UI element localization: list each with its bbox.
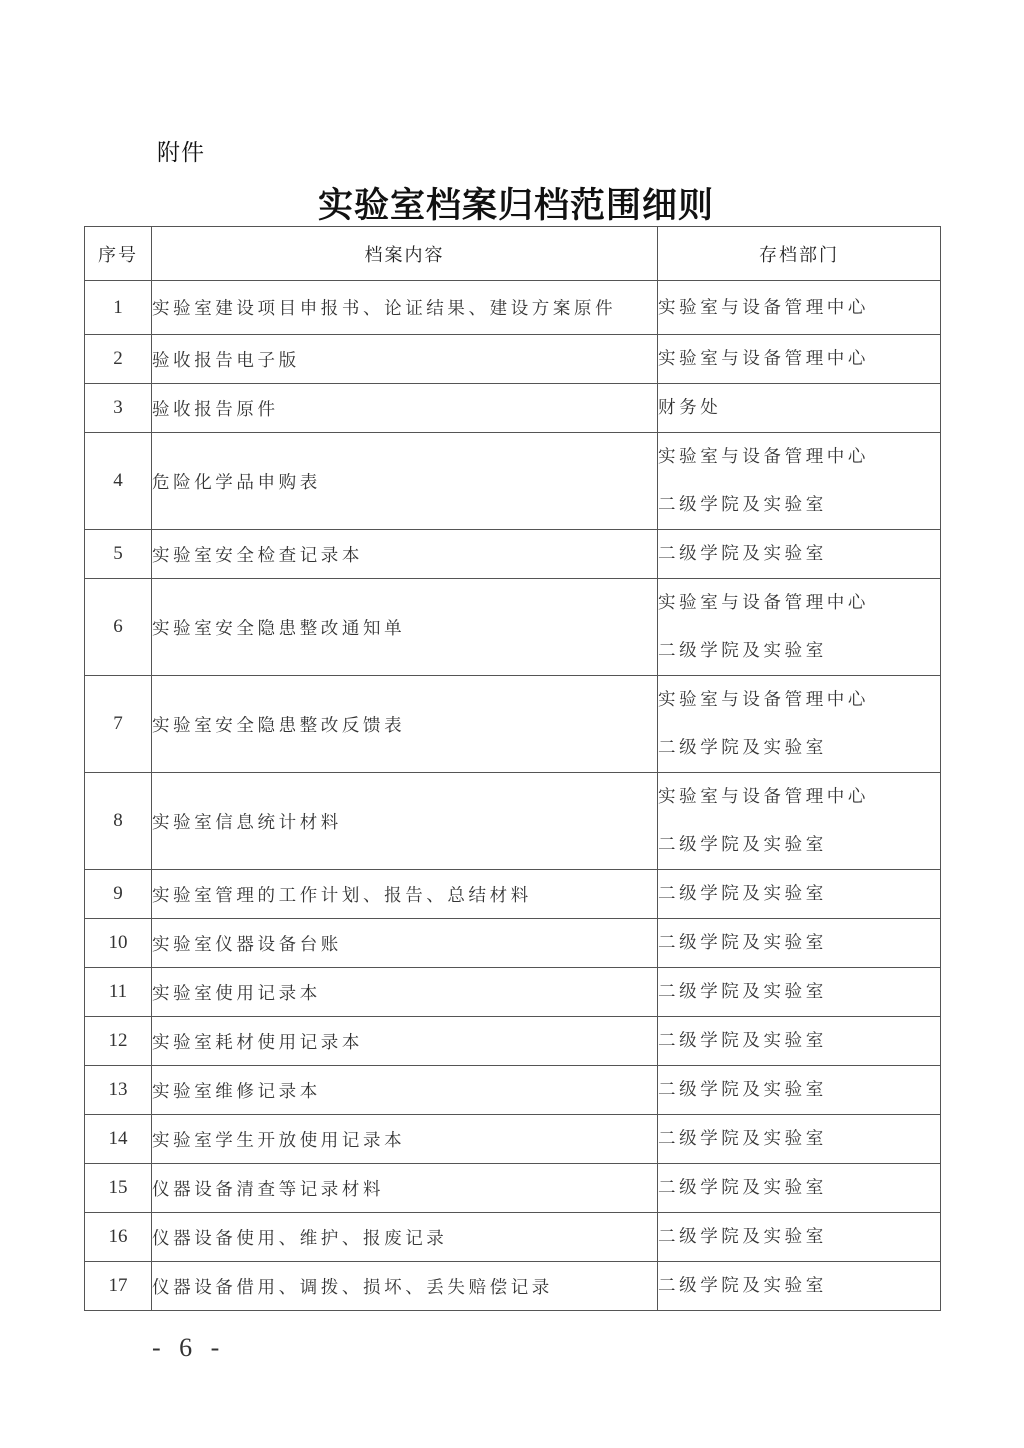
table-row: 2 验收报告电子版 实验室与设备管理中心 [85,335,941,384]
row-dept: 实验室与设备管理中心 二级学院及实验室 [658,773,941,870]
row-content: 实验室仪器设备台账 [152,919,658,968]
dept-line: 二级学院及实验室 [658,724,940,772]
dept-line: 二级学院及实验室 [658,1164,940,1212]
row-content: 仪器设备清查等记录材料 [152,1164,658,1213]
page-number: - 6 - [152,1333,225,1363]
row-seq: 7 [85,676,152,773]
row-content: 实验室维修记录本 [152,1066,658,1115]
row-dept: 二级学院及实验室 [658,1213,941,1262]
row-seq: 5 [85,530,152,579]
row-content: 实验室建设项目申报书、论证结果、建设方案原件 [152,281,658,335]
row-content: 实验室管理的工作计划、报告、总结材料 [152,870,658,919]
dept-line: 二级学院及实验室 [658,1213,940,1261]
dept-line: 二级学院及实验室 [658,1066,940,1114]
table-row: 7 实验室安全隐患整改反馈表 实验室与设备管理中心 二级学院及实验室 [85,676,941,773]
row-dept: 实验室与设备管理中心 二级学院及实验室 [658,676,941,773]
row-dept: 二级学院及实验室 [658,1066,941,1115]
row-content: 实验室耗材使用记录本 [152,1017,658,1066]
table-row: 11 实验室使用记录本 二级学院及实验室 [85,968,941,1017]
row-seq: 15 [85,1164,152,1213]
table-row: 14 实验室学生开放使用记录本 二级学院及实验室 [85,1115,941,1164]
row-dept: 实验室与设备管理中心 二级学院及实验室 [658,579,941,676]
row-seq: 2 [85,335,152,384]
table-row: 3 验收报告原件 财务处 [85,384,941,433]
row-dept: 二级学院及实验室 [658,530,941,579]
dept-line: 二级学院及实验室 [658,821,940,869]
row-dept: 二级学院及实验室 [658,1262,941,1311]
row-seq: 8 [85,773,152,870]
table-header-row: 序号 档案内容 存档部门 [85,227,941,281]
row-seq: 17 [85,1262,152,1311]
dept-line: 财务处 [658,384,940,432]
row-dept: 财务处 [658,384,941,433]
row-content: 实验室安全隐患整改反馈表 [152,676,658,773]
row-seq: 16 [85,1213,152,1262]
table-row: 17 仪器设备借用、调拨、损坏、丢失赔偿记录 二级学院及实验室 [85,1262,941,1311]
dept-line: 实验室与设备管理中心 [658,579,940,627]
row-content: 验收报告电子版 [152,335,658,384]
dept-line: 二级学院及实验室 [658,968,940,1016]
table-row: 15 仪器设备清查等记录材料 二级学院及实验室 [85,1164,941,1213]
dept-line: 实验室与设备管理中心 [658,433,940,481]
row-content: 验收报告原件 [152,384,658,433]
row-seq: 3 [85,384,152,433]
dept-line: 二级学院及实验室 [658,919,940,967]
row-seq: 10 [85,919,152,968]
dept-line: 二级学院及实验室 [658,1115,940,1163]
dept-line: 实验室与设备管理中心 [658,676,940,724]
row-content: 实验室学生开放使用记录本 [152,1115,658,1164]
row-dept: 二级学院及实验室 [658,968,941,1017]
row-dept: 二级学院及实验室 [658,919,941,968]
row-dept: 实验室与设备管理中心 [658,335,941,384]
dept-line: 二级学院及实验室 [658,1262,940,1310]
table-row: 6 实验室安全隐患整改通知单 实验室与设备管理中心 二级学院及实验室 [85,579,941,676]
table-row: 12 实验室耗材使用记录本 二级学院及实验室 [85,1017,941,1066]
dept-line: 二级学院及实验室 [658,870,940,918]
dept-line: 实验室与设备管理中心 [658,335,940,383]
row-dept: 实验室与设备管理中心 二级学院及实验室 [658,433,941,530]
row-content: 实验室安全隐患整改通知单 [152,579,658,676]
document-title: 实验室档案归档范围细则 [0,178,1024,228]
row-seq: 4 [85,433,152,530]
row-seq: 12 [85,1017,152,1066]
header-content: 档案内容 [152,227,658,281]
table-row: 9 实验室管理的工作计划、报告、总结材料 二级学院及实验室 [85,870,941,919]
table-row: 16 仪器设备使用、维护、报废记录 二级学院及实验室 [85,1213,941,1262]
row-dept: 二级学院及实验室 [658,1115,941,1164]
row-dept: 二级学院及实验室 [658,1164,941,1213]
table-row: 8 实验室信息统计材料 实验室与设备管理中心 二级学院及实验室 [85,773,941,870]
table-row: 1 实验室建设项目申报书、论证结果、建设方案原件 实验室与设备管理中心 [85,281,941,335]
row-dept: 实验室与设备管理中心 [658,281,941,335]
dept-line: 二级学院及实验室 [658,530,940,578]
row-seq: 9 [85,870,152,919]
attachment-label: 附件 [157,134,205,167]
table-row: 10 实验室仪器设备台账 二级学院及实验室 [85,919,941,968]
row-seq: 13 [85,1066,152,1115]
row-content: 仪器设备使用、维护、报废记录 [152,1213,658,1262]
row-seq: 11 [85,968,152,1017]
row-dept: 二级学院及实验室 [658,1017,941,1066]
table-row: 5 实验室安全检查记录本 二级学院及实验室 [85,530,941,579]
header-seq: 序号 [85,227,152,281]
row-content: 实验室安全检查记录本 [152,530,658,579]
archive-scope-table: 序号 档案内容 存档部门 1 实验室建设项目申报书、论证结果、建设方案原件 实验… [84,226,941,1311]
row-content: 实验室信息统计材料 [152,773,658,870]
row-content: 危险化学品申购表 [152,433,658,530]
dept-line: 实验室与设备管理中心 [658,284,940,332]
header-dept: 存档部门 [658,227,941,281]
row-content: 实验室使用记录本 [152,968,658,1017]
dept-line: 二级学院及实验室 [658,481,940,529]
dept-line: 二级学院及实验室 [658,1017,940,1065]
table-row: 4 危险化学品申购表 实验室与设备管理中心 二级学院及实验室 [85,433,941,530]
row-seq: 1 [85,281,152,335]
table-row: 13 实验室维修记录本 二级学院及实验室 [85,1066,941,1115]
dept-line: 二级学院及实验室 [658,627,940,675]
row-dept: 二级学院及实验室 [658,870,941,919]
dept-line: 实验室与设备管理中心 [658,773,940,821]
row-content: 仪器设备借用、调拨、损坏、丢失赔偿记录 [152,1262,658,1311]
row-seq: 6 [85,579,152,676]
row-seq: 14 [85,1115,152,1164]
